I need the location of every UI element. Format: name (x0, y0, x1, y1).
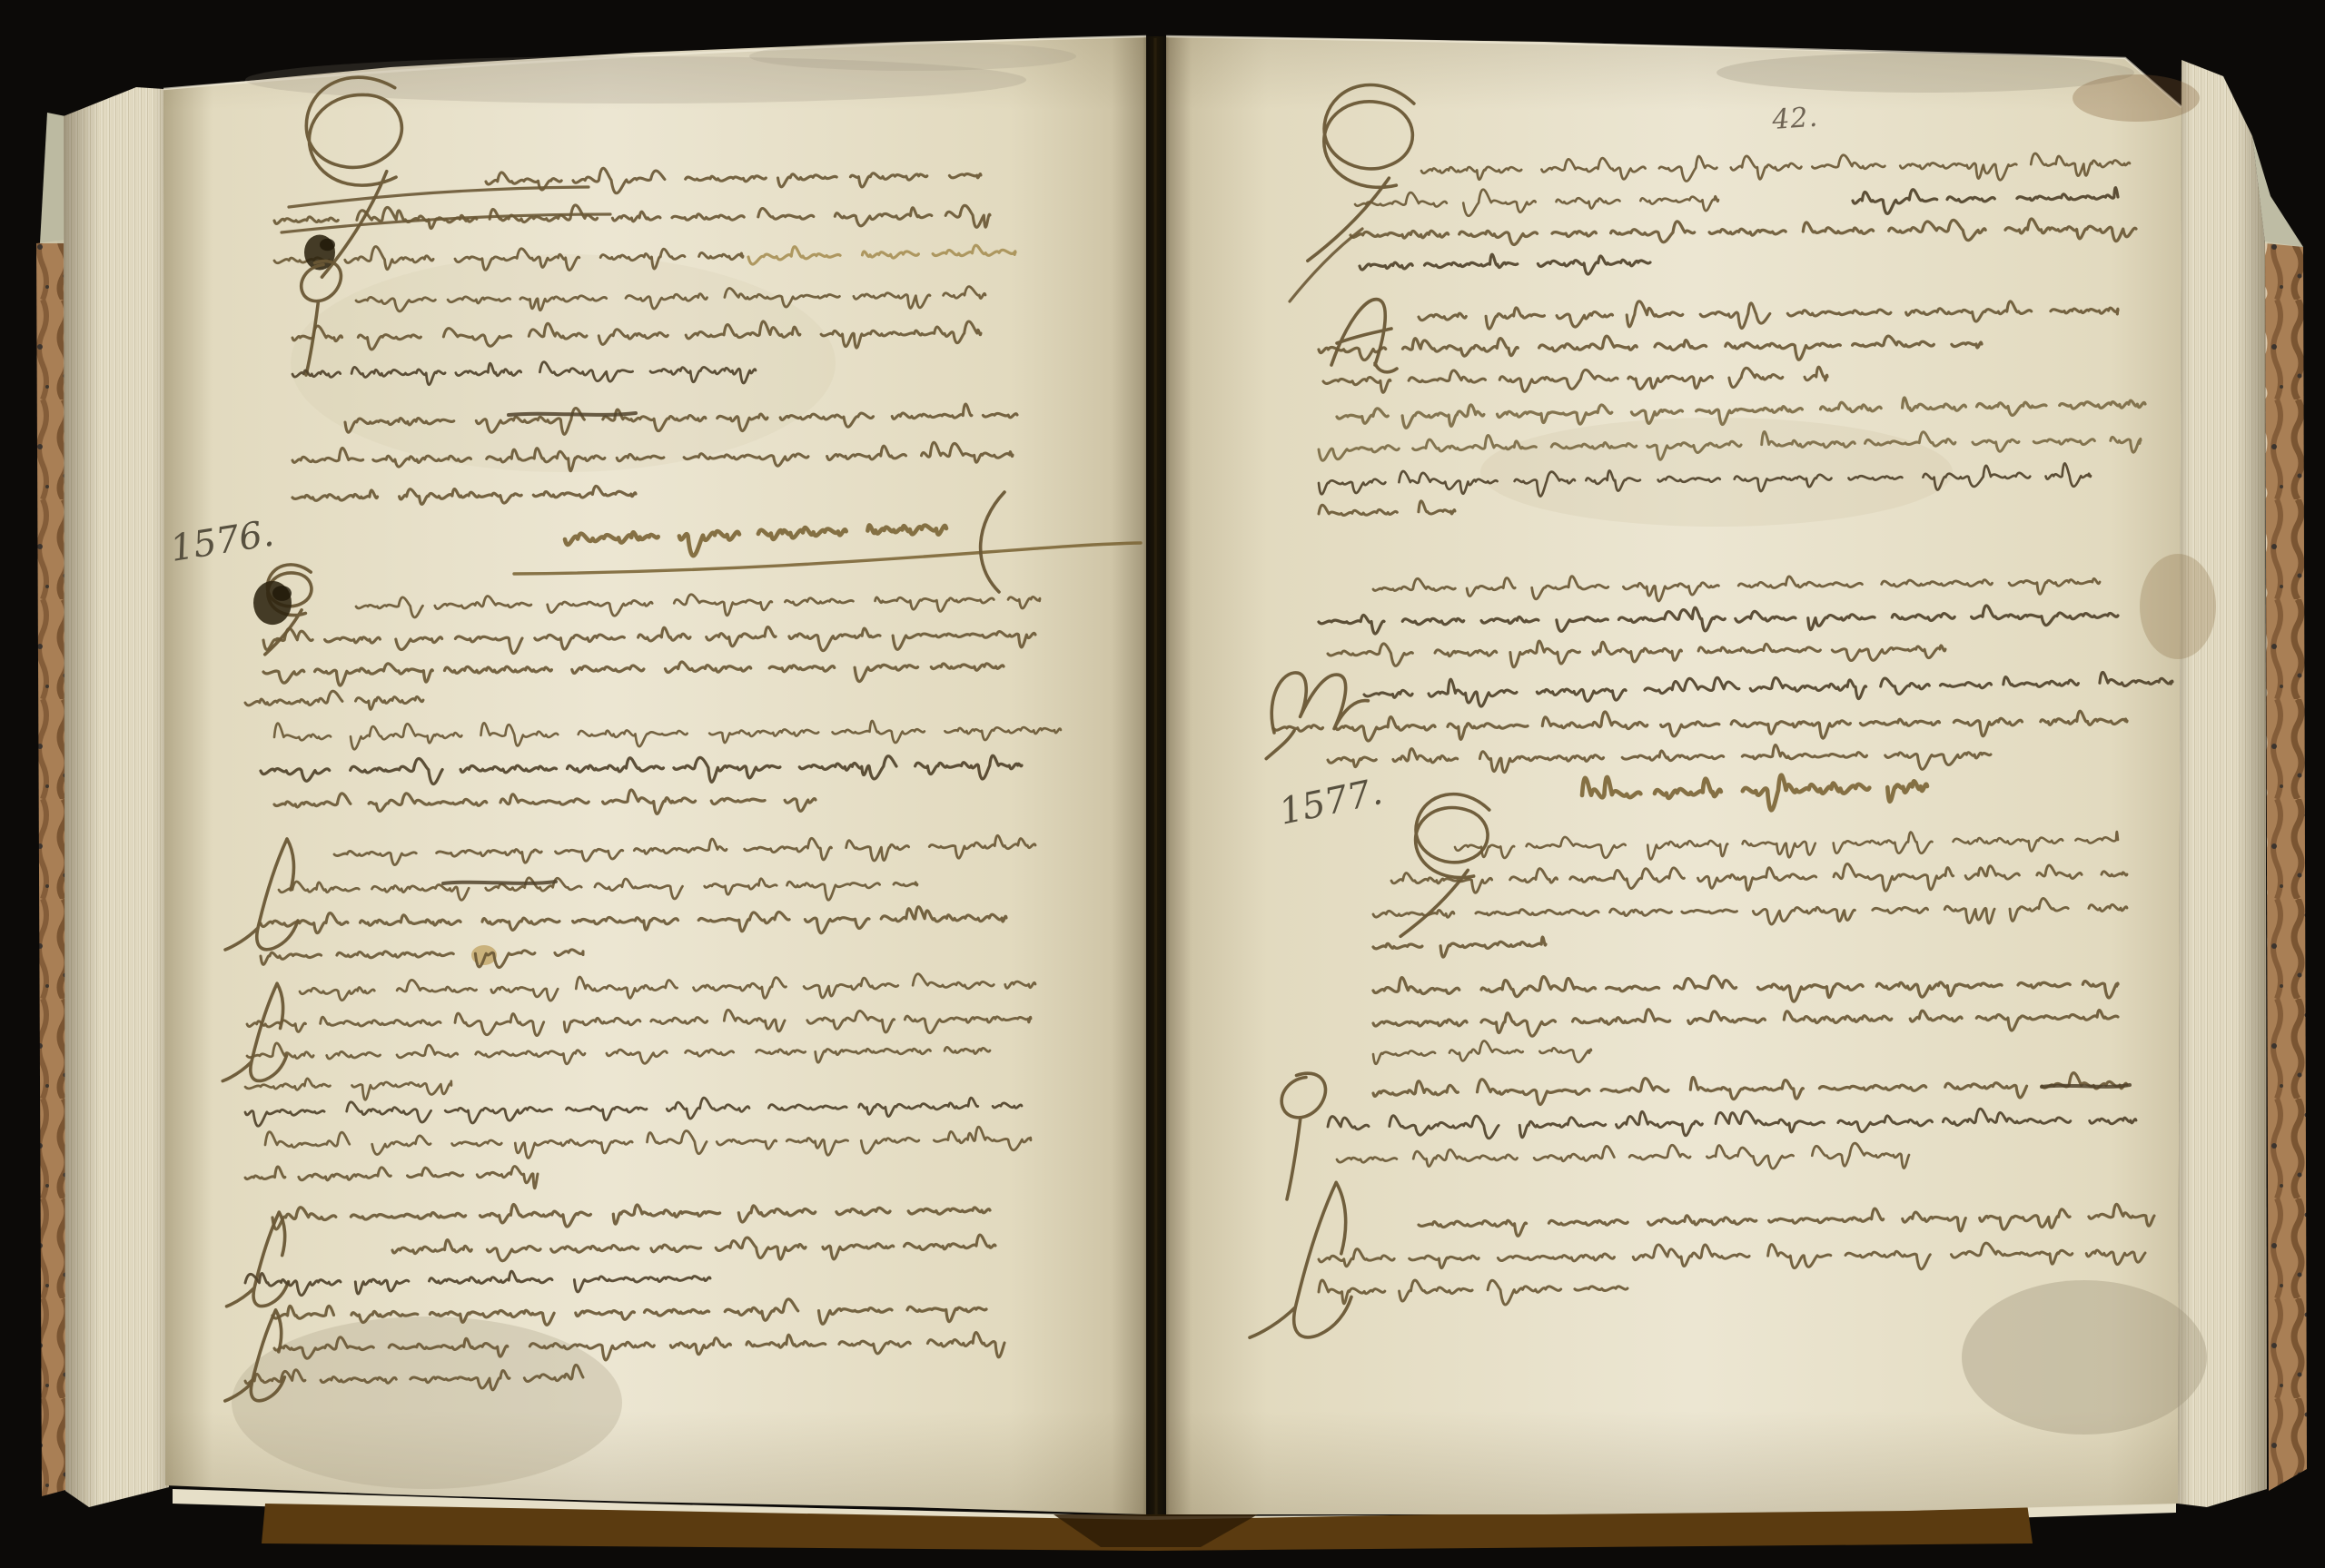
paper-stain (2073, 74, 2200, 122)
paper-stain (232, 1317, 622, 1489)
right-fore-edge-stack (2178, 60, 2267, 1507)
right-marbled-cover-edge (2265, 242, 2307, 1491)
paper-stain (749, 42, 1076, 71)
gutter-crease (1155, 38, 1156, 1514)
paper-stain (291, 254, 836, 472)
paper-stain (1717, 53, 2134, 93)
manuscript-photo: 42. 1576. 1577. (0, 0, 2325, 1568)
page-number-label: 42. (1770, 102, 1819, 137)
left-fore-edge-stack (64, 87, 169, 1507)
paper-stain (1962, 1280, 2207, 1435)
paper-stain (2140, 554, 2216, 659)
